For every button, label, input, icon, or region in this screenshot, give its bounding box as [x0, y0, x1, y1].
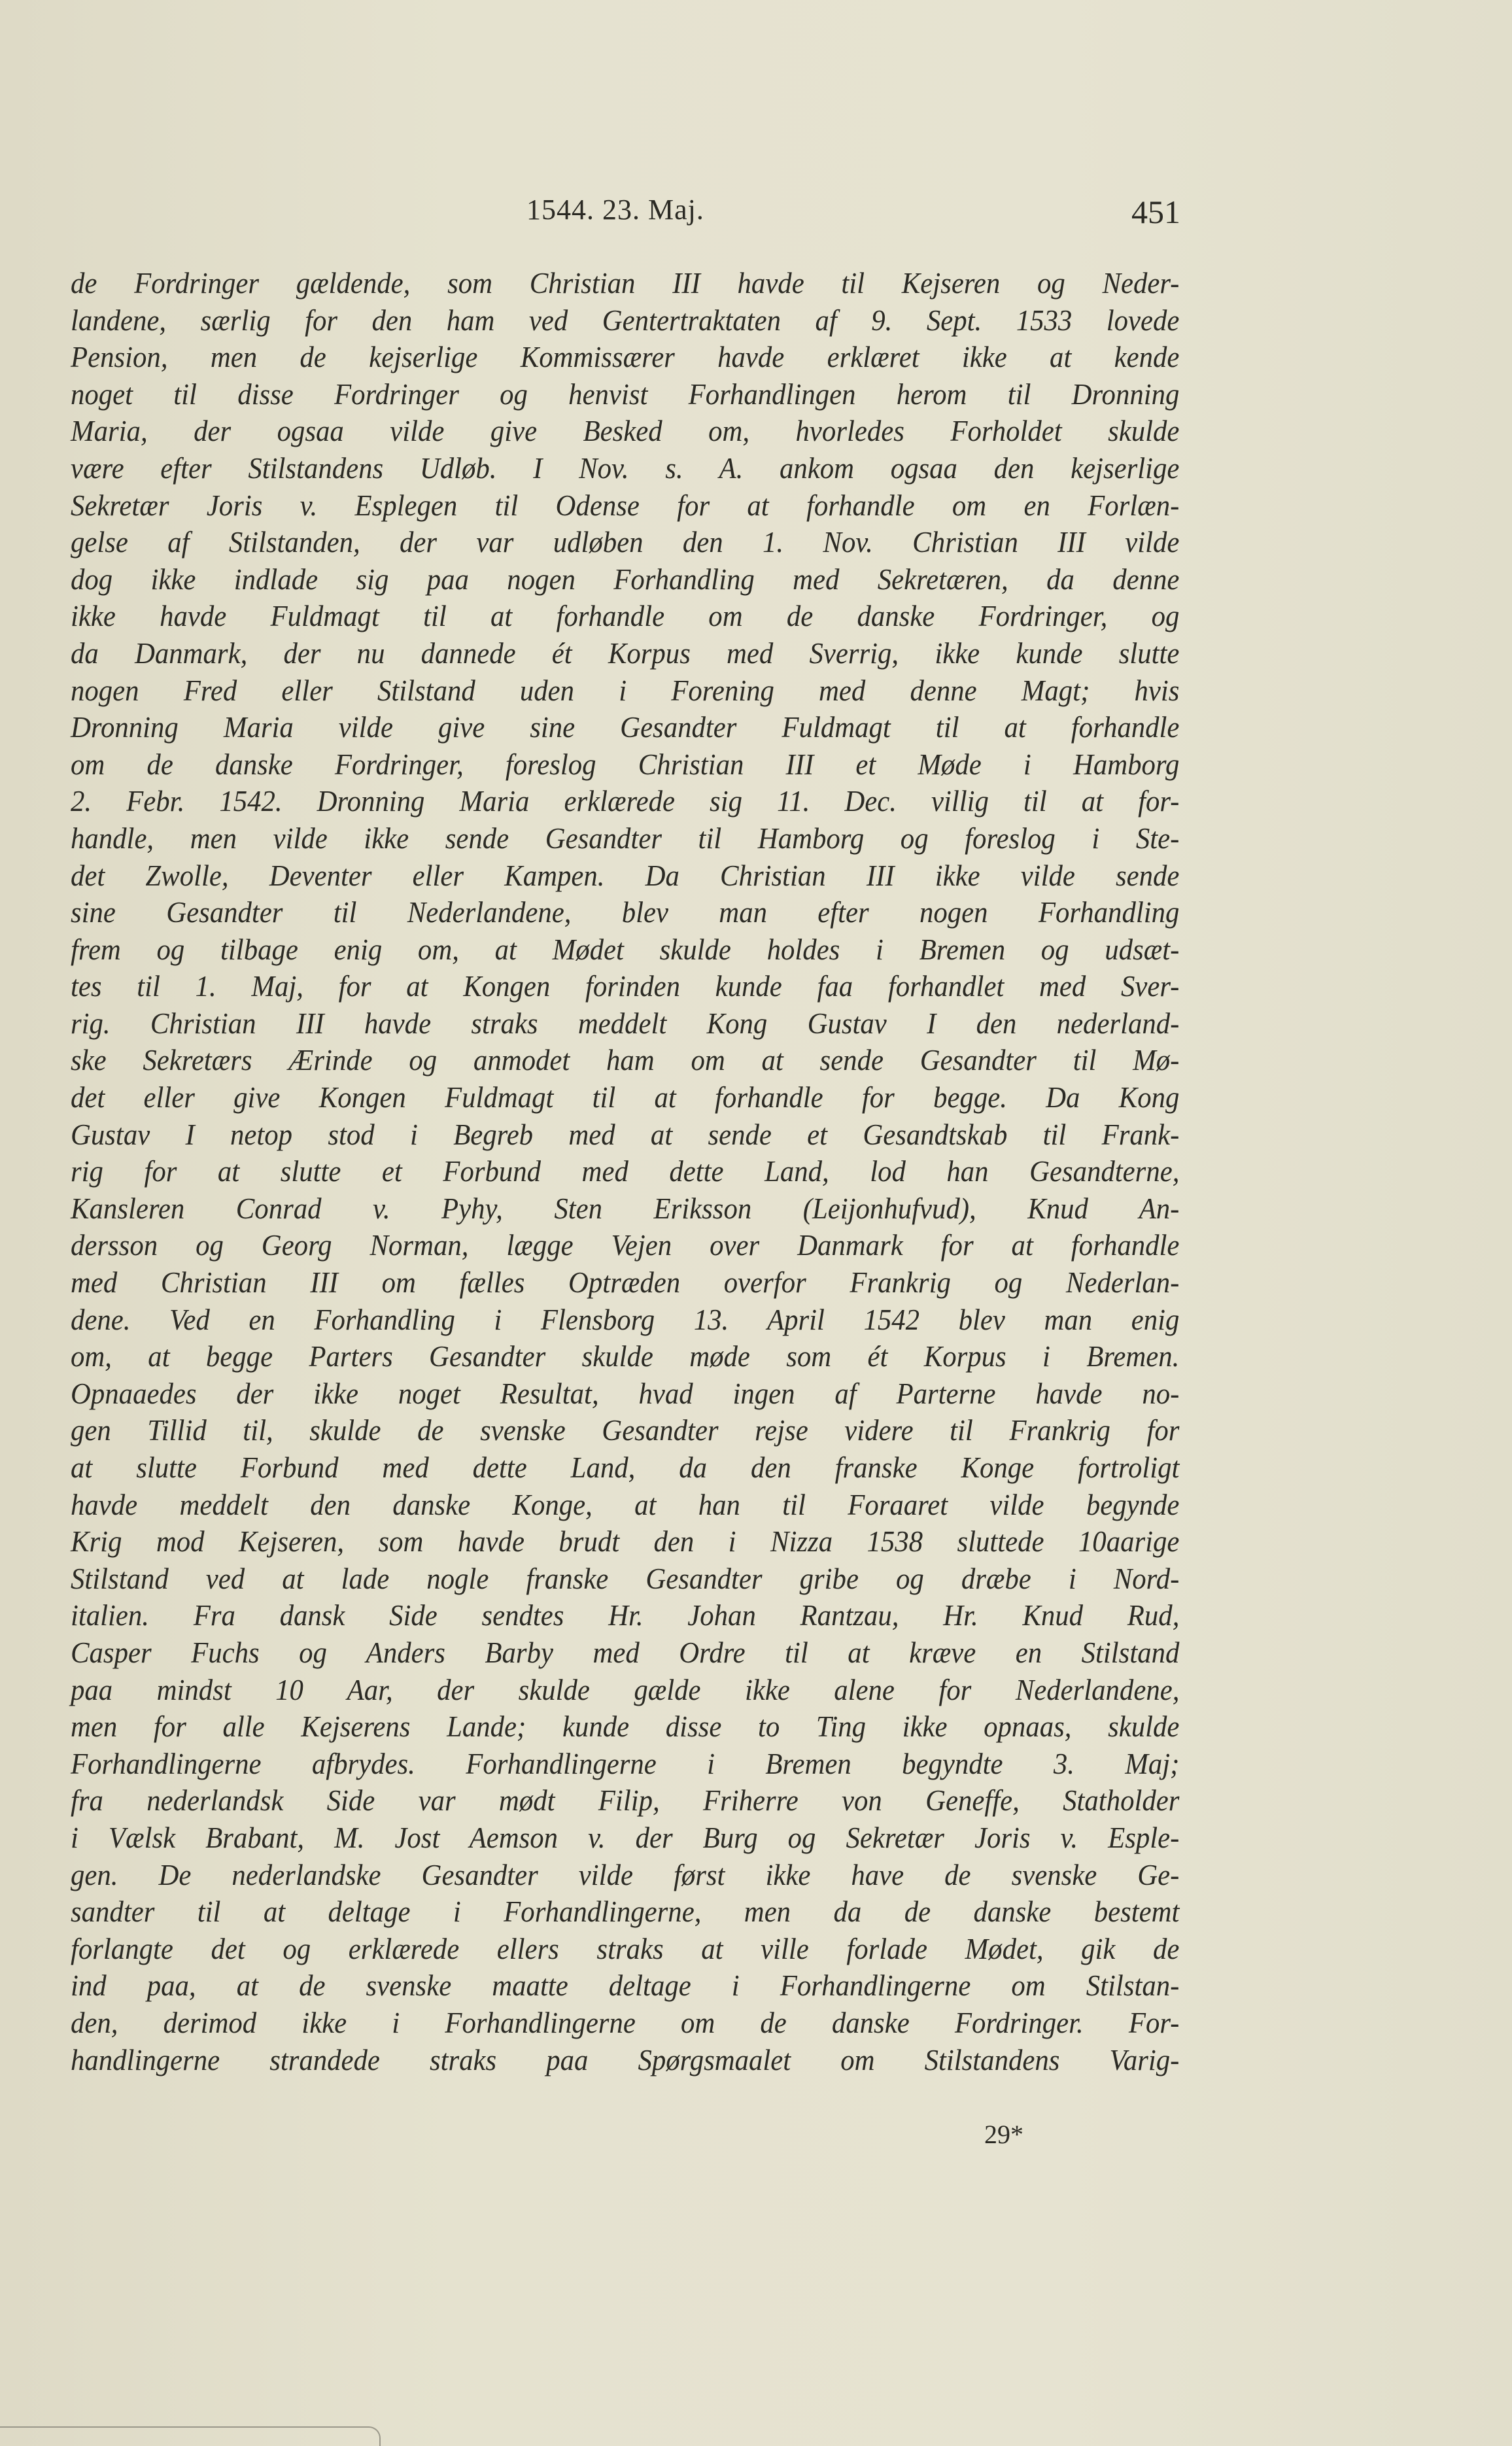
- text-line: landene, særlig for den ham ved Gentertr…: [71, 302, 1179, 339]
- text-line: være efter Stilstandens Udløb. I Nov. s.…: [71, 450, 1179, 487]
- text-line: det eller give Kongen Fuldmagt til at fo…: [71, 1079, 1179, 1116]
- text-line: rig. Christian III havde straks meddelt …: [71, 1005, 1179, 1042]
- text-line: rig for at slutte et Forbund med dette L…: [71, 1153, 1179, 1190]
- text-line: gelse af Stilstanden, der var udløben de…: [71, 524, 1179, 561]
- text-line: Dronning Maria vilde give sine Gesandter…: [71, 709, 1179, 746]
- text-line: Kansleren Conrad v. Pyhy, Sten Eriksson …: [71, 1190, 1179, 1228]
- text-line: i Vælsk Brabant, M. Jost Aemson v. der B…: [71, 1819, 1179, 1857]
- text-line: om de danske Fordringer, foreslog Christ…: [71, 746, 1179, 784]
- text-line: Gustav I netop stod i Begreb med at send…: [71, 1116, 1179, 1154]
- text-line: dog ikke indlade sig paa nogen Forhandli…: [71, 561, 1179, 598]
- body-text: de Fordringer gældende, som Christian II…: [71, 265, 1179, 2078]
- printer-signature: 29*: [984, 2119, 1023, 2150]
- book-page: 1544. 23. Maj. 451 de Fordringer gældend…: [0, 0, 1512, 2446]
- text-line: gen Tillid til, skulde de svenske Gesand…: [71, 1412, 1179, 1449]
- text-line: tes til 1. Maj, for at Kongen forinden k…: [71, 968, 1179, 1005]
- page-header: 1544. 23. Maj. 451: [69, 193, 1180, 239]
- text-line: den, derimod ikke i Forhandlingerne om d…: [71, 2005, 1179, 2042]
- text-line: Casper Fuchs og Anders Barby med Ordre t…: [71, 1634, 1179, 1672]
- text-line: sandter til at deltage i Forhandlingerne…: [71, 1893, 1179, 1931]
- text-line: de Fordringer gældende, som Christian II…: [71, 265, 1179, 302]
- text-line: at slutte Forbund med dette Land, da den…: [71, 1449, 1179, 1487]
- text-line: ind paa, at de svenske maatte deltage i …: [71, 1967, 1179, 2005]
- text-line: det Zwolle, Deventer eller Kampen. Da Ch…: [71, 857, 1179, 895]
- running-head: 1544. 23. Maj.: [526, 193, 704, 226]
- text-line: ske Sekretærs Ærinde og anmodet ham om a…: [71, 1042, 1179, 1079]
- text-line: italien. Fra dansk Side sendtes Hr. Joha…: [71, 1597, 1179, 1634]
- text-line: forlangte det og erklærede ellers straks…: [71, 1931, 1179, 1968]
- text-line: dersson og Georg Norman, lægge Vejen ove…: [71, 1227, 1179, 1264]
- text-line: om, at begge Parters Gesandter skulde mø…: [71, 1338, 1179, 1375]
- text-line: 2. Febr. 1542. Dronning Maria erklærede …: [71, 783, 1179, 820]
- text-line: dene. Ved en Forhandling i Flensborg 13.…: [71, 1301, 1179, 1339]
- text-line: havde meddelt den danske Konge, at han t…: [71, 1487, 1179, 1524]
- text-line: Maria, der ogsaa vilde give Besked om, h…: [71, 413, 1179, 450]
- page-number: 451: [1131, 193, 1180, 231]
- text-line: frem og tilbage enig om, at Mødet skulde…: [71, 931, 1179, 969]
- text-line: Pension, men de kejserlige Kommissærer h…: [71, 339, 1179, 376]
- text-line: Sekretær Joris v. Esplegen til Odense fo…: [71, 487, 1179, 525]
- text-line: Stilstand ved at lade nogle franske Gesa…: [71, 1560, 1179, 1598]
- text-line: sine Gesandter til Nederlandene, blev ma…: [71, 894, 1179, 931]
- text-line: fra nederlandsk Side var mødt Filip, Fri…: [71, 1782, 1179, 1819]
- text-line: noget til disse Fordringer og henvist Fo…: [71, 376, 1179, 413]
- text-line: paa mindst 10 Aar, der skulde gælde ikke…: [71, 1672, 1179, 1709]
- text-line: med Christian III om fælles Optræden ove…: [71, 1264, 1179, 1301]
- text-line: da Danmark, der nu dannede ét Korpus med…: [71, 635, 1179, 672]
- text-line: Opnaaedes der ikke noget Resultat, hvad …: [71, 1375, 1179, 1413]
- page-edge-mark: [0, 2426, 381, 2446]
- text-line: handlingerne strandede straks paa Spørgs…: [71, 2042, 1179, 2079]
- text-line: Forhandlingerne afbrydes. Forhandlingern…: [71, 1746, 1179, 1783]
- text-line: ikke havde Fuldmagt til at forhandle om …: [71, 598, 1179, 635]
- text-line: handle, men vilde ikke sende Gesandter t…: [71, 820, 1179, 857]
- text-line: Krig mod Kejseren, som havde brudt den i…: [71, 1523, 1179, 1560]
- text-line: men for alle Kejserens Lande; kunde diss…: [71, 1708, 1179, 1746]
- text-line: gen. De nederlandske Gesandter vilde før…: [71, 1857, 1179, 1894]
- text-line: nogen Fred eller Stilstand uden i Foreni…: [71, 672, 1179, 710]
